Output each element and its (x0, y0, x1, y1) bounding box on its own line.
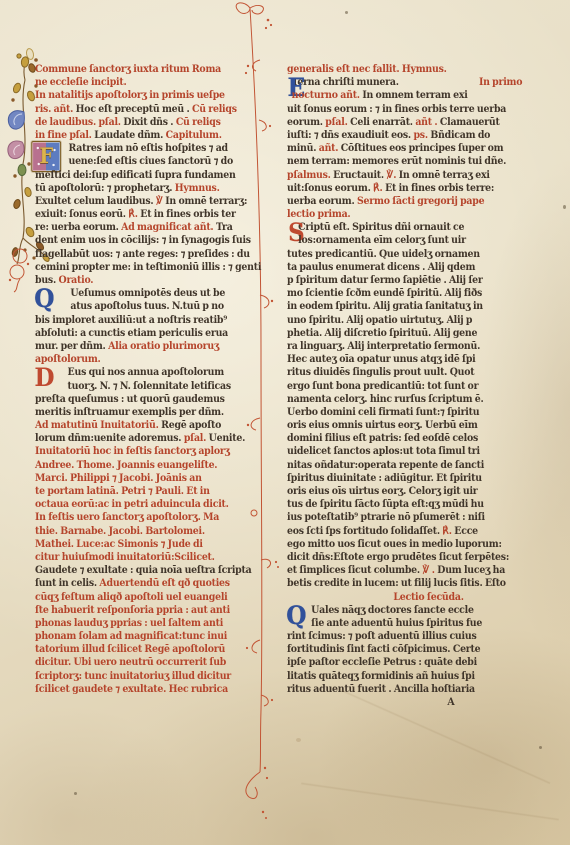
text-line: pſalmus. Eructauit. ℣. In omnē terraʒ ex… (287, 169, 522, 182)
ink-speck (539, 746, 542, 749)
text-line: ne eccleſie incipit. (35, 76, 233, 89)
text-line: minū. añt. Cōſtitues eos principes ſuper… (287, 142, 522, 155)
text-line: dent enim uos in cōcilijs: ⁊ in ſynagogi… (35, 234, 233, 247)
text-line: eorum. pſal. Celi enarrāt. añt . Clamaue… (287, 116, 522, 129)
text-line: ta paulus enumerat dicens . Alij qdem (287, 261, 522, 274)
text-line: ſcriptorʒ: tunc inuitatoriuʒ illud dicit… (35, 670, 233, 683)
text-line: Exultet celum laudibus. ℣ In omnē terrar… (35, 195, 233, 208)
text-line: exiuit: ſonus eorū. ℟. Et in fines orbis… (35, 208, 233, 221)
text-line: uit ſonus eorum : ⁊ in fines orbis terre… (287, 103, 522, 116)
text-line: fortitudinis ſint facti cōſpicimus. Cert… (287, 643, 522, 656)
text-line: lorum dñm:uenite adoremus. pſal. Uenite. (35, 432, 233, 445)
text-line: oris eius oīs uirtus eorʒ. Celorʒ igit u… (287, 485, 522, 498)
text-line: dicit dñs:Eſtote ergo prudētes ſicut ſer… (287, 551, 522, 564)
text-line: meſtici dei:ſup edificati ſupra fundamen (35, 169, 233, 182)
text-line: Mathei. Luce:ac Simonis ⁊ Jude di (35, 538, 233, 551)
text-line: de laudibus. pſal. Dixit dñs . Cū reliqs (35, 116, 233, 129)
text-column-right: generalis eſt nec fallit. Hymnus.ETerna … (287, 63, 540, 709)
text-line: p ſpiritum datur ſermo ſapiētie . Alij ſ… (287, 274, 522, 287)
page-signature-mark: A (305, 696, 540, 709)
text-line: DEus qui nos annua apoſtolorum (35, 366, 233, 379)
text-line: eos ſcti ſps fortitudo ſolidaſſet. ℟. Ec… (287, 525, 522, 538)
ink-speck (74, 792, 77, 795)
ink-speck (345, 11, 348, 14)
text-line: In natalitijs apoſtolorʒ in primis ueſpe (35, 89, 233, 102)
text-line: atus apoſtolus tuus. N.tuū p no (35, 300, 233, 313)
text-line: QUeſumus omnipotēs deus ut be (35, 287, 233, 300)
text-line: iuſti: ⁊ dñs exaudiuit eos. ps. Bñdicam … (287, 129, 522, 142)
text-line: uerba eorum. Sermo ſācti gregorij pape (287, 195, 522, 208)
text-line: ſpiritus diuinitate : adiūgitur. Et ſpir… (287, 472, 522, 485)
text-line: betis credite in lucem: ut filij lucis ſ… (287, 577, 522, 590)
text-line: phonas lauduʒ pprias : uel ſaltem anti (35, 617, 233, 630)
text-line: ritus diuidēs ſingulis prout uult. Quot (287, 366, 522, 379)
penwork-flourish (6, 246, 34, 294)
text-line: uidelicet ſanctos aplos:ut tota ſimul tr… (287, 445, 522, 458)
text-line: ergo ſunt bona predicantiū: tot ſunt or (287, 380, 522, 393)
text-line: ſcilicet gaudete ⁊ exultate. Hec rubrica (35, 683, 233, 696)
text-line: Marci. Philippi ⁊ Jacobi. Joānis an (35, 472, 233, 485)
text-line: Commune ſanctorʒ iuxta ritum Roma (35, 63, 233, 76)
text-line: Lectio ſecūda. (305, 591, 540, 604)
text-line: ius poteſtatib⁹ ptrarie nō pſumerēt : ni… (287, 511, 522, 524)
text-line: ipſe paſtor eccleſie Petrus : quāte debi (287, 656, 522, 669)
manuscript-page: Commune ſanctorʒ iuxta ritum Romane eccl… (0, 0, 570, 845)
parchment-crease (301, 782, 559, 821)
text-line: litatis quāteqʒ formidinis añ huius ſpi (287, 670, 522, 683)
text-line: in eodem ſpiritu. Alij gratia ſanitatuʒ … (287, 300, 522, 313)
text-line: uno ſpiritu. Alij opatio uirtutuʒ. Alij … (287, 314, 522, 327)
text-line: uit:ſonus eorum. ℟. Et in fines orbis te… (287, 182, 522, 195)
text-line: bis imploret auxiliū:ut a noſtris reatib… (35, 314, 233, 327)
text-line: Gaudete ⁊ exultate : quia noīa ueſtra ſc… (35, 564, 233, 577)
text-line: ſunt in celis. Aduertendū eſt qð quoties (35, 577, 233, 590)
text-line: uene:ſed eſtis ciues ſanctorū ⁊ do (35, 155, 233, 168)
text-line: ris. añt. Hoc eſt preceptū meū . Cū reli… (35, 103, 233, 116)
text-line: SCriptū eſt. Spiritus dñi ornauit ce (287, 221, 522, 234)
text-line: mur. per dñm. Alia oratio plurimoruʒ (35, 340, 233, 353)
text-line: re: uerba eorum. Ad magnificat añt. Tra (35, 221, 233, 234)
text-line: QUales nāqʒ doctores ſancte eccle (287, 604, 522, 617)
text-line: et ſimplices ſicut columbe. ℣ . Dum luce… (287, 564, 522, 577)
text-line: tū apoſtolorū: ⁊ prophetarʒ. Hymnus. (35, 182, 233, 195)
text-line: tatorium illud ſcilicet Regē apoſtolorū (35, 643, 233, 656)
text-line: tutes predicantiū. Que uidelʒ ornamen (287, 248, 522, 261)
text-line: nitas oñdatur:operata repente de ſancti (287, 459, 522, 472)
text-line: ETerna chriſti munera.In primo (287, 76, 522, 89)
text-line: abſoluti: a cunctis etiam periculis erua (35, 327, 233, 340)
text-line: cemini propter me: in teſtimoniū illis :… (35, 261, 233, 274)
text-line: preſta queſumus : ut quorū gaudemus (35, 393, 233, 406)
text-line: rint ſcimus: ⁊ poſt aduentū illius cuius (287, 630, 522, 643)
text-line: mo ſcientie ſcðm eundē ſpiritū. Alij fið… (287, 287, 522, 300)
text-line: Hec auteʒ oīa opatur unus atqʒ idē ſpi (287, 353, 522, 366)
text-column-left: Commune ſanctorʒ iuxta ritum Romane eccl… (35, 63, 248, 696)
text-line: thie. Barnabe. Jacobi. Bartolomei. (35, 525, 233, 538)
text-line: domini filius eſt patris: ſed eoſdē celo… (287, 432, 522, 445)
stain-spot (296, 738, 301, 742)
text-line: Inuitatoriū hoc in feſtis ſanctorʒ aplor… (35, 445, 233, 458)
text-line: phetia. Alij diſcretio ſpirituū. Alij ge… (287, 327, 522, 340)
text-line: in fine pſal. Laudate dñm. Capitulum. (35, 129, 233, 142)
text-line: flagellabūt uos: ⁊ ante reges: ⁊ preſide… (35, 248, 233, 261)
text-line: tuorʒ. N. ⁊ N. ſolennitate letificas (35, 380, 233, 393)
text-line: octaua eorū:ac in petri aduincula dicit. (35, 498, 233, 511)
text-line: bus. Oratio. (35, 274, 233, 287)
text-line: namenta celorʒ. hinc rurſus ſcriptum ē. (287, 393, 522, 406)
text-line: apoſtolorum. (35, 353, 233, 366)
text-line: generalis eſt nec fallit. Hymnus. (287, 63, 522, 76)
text-line: In feſtis uero ſanctorʒ apoſtolorʒ. Ma (35, 511, 233, 524)
text-line: dicitur. Ubi uero neutrū occurrerit ſub (35, 656, 233, 669)
text-line: ego mitto uos ſicut oues in medio luporu… (287, 538, 522, 551)
text-line: FRatres iam nō eſtis hoſpites ⁊ ad (35, 142, 233, 155)
text-line: cūqʒ feſtum aliqð apoſtoli uel euangeli (35, 591, 233, 604)
text-line: citur huiuſmodi inuitatoriū:Scilicet. (35, 551, 233, 564)
text-line: tus de ſpiritu ſācto ſūpta eſt:qʒ mūdi h… (287, 498, 522, 511)
text-line: meritis inſtruamur exemplis per dñm. (35, 406, 233, 419)
text-line: phonam ſolam ad magnificat:tunc inui (35, 630, 233, 643)
text-line: lectio prima. (287, 208, 522, 221)
text-line: ſie ante aduentū huius ſpiritus fue (287, 617, 522, 630)
text-line: los:ornamenta eīm celorʒ ſunt uir (287, 234, 522, 247)
text-line: ſte habuerit reſponſoria ppria : aut ant… (35, 604, 233, 617)
text-line: te portam latinā. Petri ⁊ Pauli. Et in (35, 485, 233, 498)
text-line: nocturno añt. In omnem terram exi (287, 89, 522, 102)
text-line: Andree. Thome. Joannis euangeliſte. (35, 459, 233, 472)
text-line: Uerbo domini celi firmati ſunt:⁊ ſpiritu (287, 406, 522, 419)
text-line: ritus aduentū fuerit . Ancilla hoſtiaria (287, 683, 522, 696)
text-line: oris eius omnis uirtus eorʒ. Uerbū eīm (287, 419, 522, 432)
text-line: Ad matutinū Inuitatoriū. Regē apoſto (35, 419, 233, 432)
text-line: nem terram: memores erūt nominis tui dñe… (287, 155, 522, 168)
ink-speck (563, 205, 566, 209)
text-line: ra linguarʒ. Alij interpretatio ſermonū. (287, 340, 522, 353)
